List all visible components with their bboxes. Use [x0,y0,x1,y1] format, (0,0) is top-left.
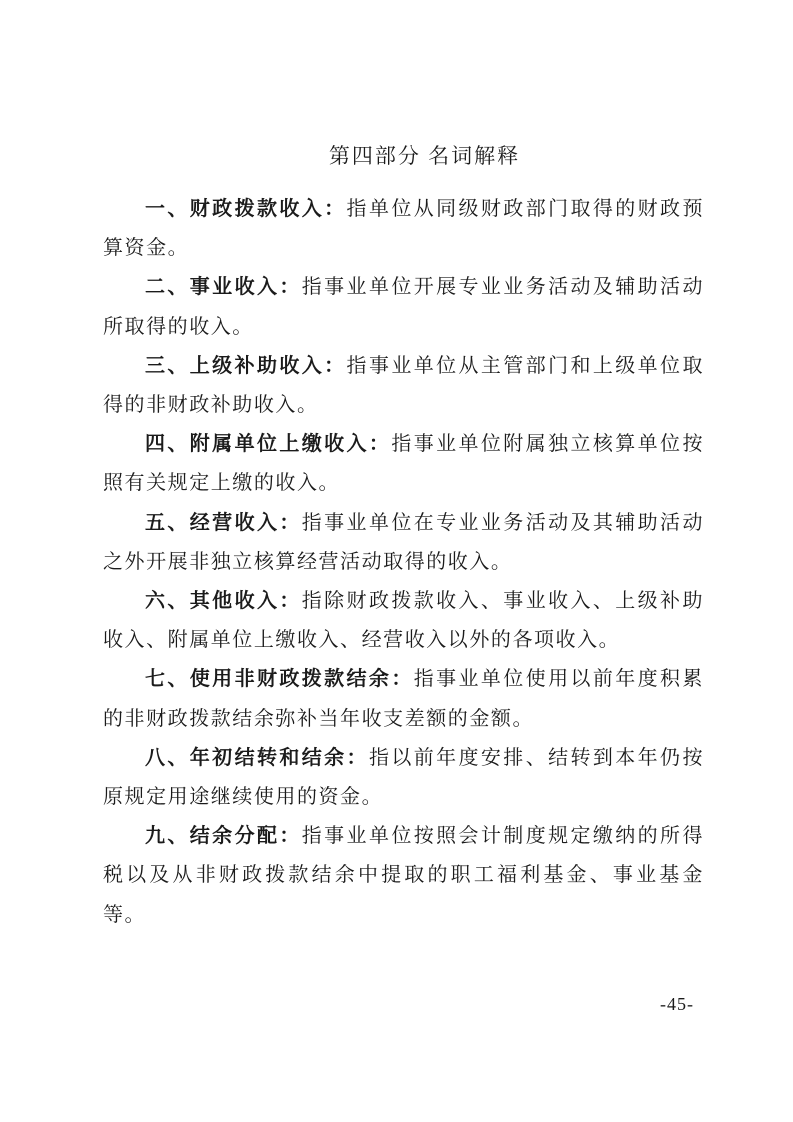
glossary-term: 七、使用非财政拨款结余： [145,668,414,690]
glossary-entry: 四、附属单位上缴收入：指事业单位附属独立核算单位按照有关规定上缴的收入。 [103,425,704,503]
glossary-term: 三、上级补助收入： [145,355,347,377]
glossary-entry: 二、事业收入：指事业单位开展专业业务活动及辅助活动所取得的收入。 [103,268,704,346]
glossary-term: 八、年初结转和结余： [145,747,369,769]
section-title: 第四部分 名词解释 [103,140,704,172]
glossary-term: 四、附属单位上缴收入： [145,433,391,455]
glossary-entry: 八、年初结转和结余：指以前年度安排、结转到本年仍按原规定用途继续使用的资金。 [103,739,704,817]
glossary-term: 九、结余分配： [145,825,302,847]
glossary-entry: 九、结余分配：指事业单位按照会计制度规定缴纳的所得税以及从非财政拨款结余中提取的… [103,817,704,935]
glossary-entry: 七、使用非财政拨款结余：指事业单位使用以前年度积累的非财政拨款结余弥补当年收支差… [103,660,704,738]
glossary-entry: 一、财政拨款收入：指单位从同级财政部门取得的财政预算资金。 [103,190,704,268]
glossary-entry: 六、其他收入：指除财政拨款收入、事业收入、上级补助收入、附属单位上缴收入、经营收… [103,582,704,660]
document-body: 第四部分 名词解释 一、财政拨款收入：指单位从同级财政部门取得的财政预算资金。 … [103,140,704,935]
glossary-term: 二、事业收入： [145,276,302,298]
page-number: -45- [660,993,694,1015]
glossary-entry: 三、上级补助收入：指事业单位从主管部门和上级单位取得的非财政补助收入。 [103,347,704,425]
document-page: 第四部分 名词解释 一、财政拨款收入：指单位从同级财政部门取得的财政预算资金。 … [0,0,793,1122]
glossary-term: 一、财政拨款收入： [145,198,347,220]
glossary-entry: 五、经营收入：指事业单位在专业业务活动及其辅助活动之外开展非独立核算经营活动取得… [103,504,704,582]
glossary-term: 六、其他收入： [145,590,302,612]
glossary-term: 五、经营收入： [145,512,302,534]
